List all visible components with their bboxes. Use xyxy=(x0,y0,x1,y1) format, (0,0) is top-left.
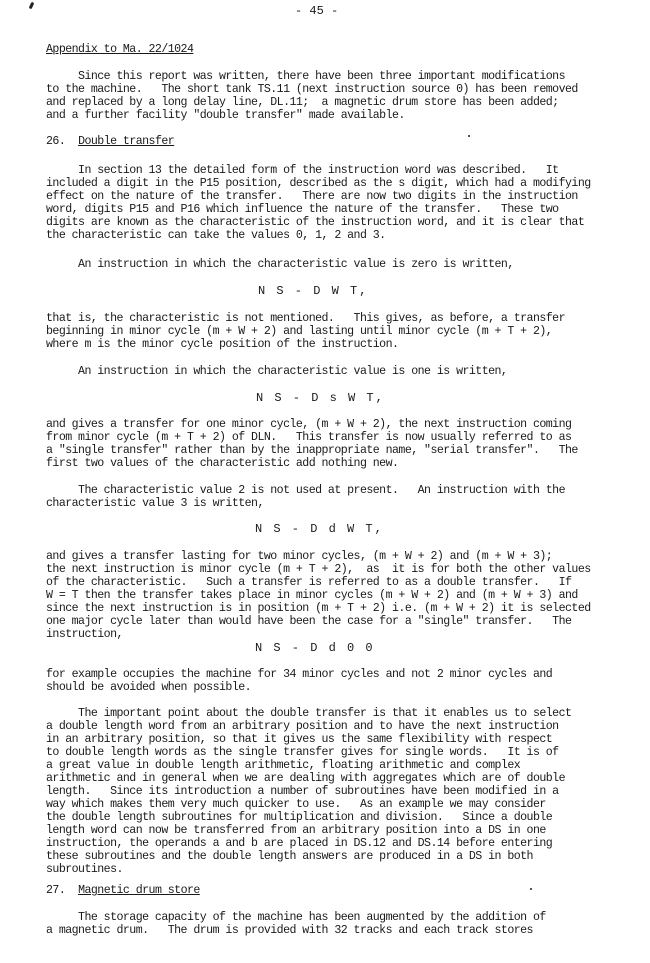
paragraph-line: length word can now be transferred from … xyxy=(46,824,546,837)
paragraph-line: a great value in double length arithmeti… xyxy=(46,759,520,772)
paragraph-line: characteristic value 3 is written, xyxy=(46,497,264,510)
paragraph-line: since the next instruction is in positio… xyxy=(46,602,591,615)
paragraph-line: for example occupies the machine for 34 … xyxy=(46,668,552,681)
paragraph-line: subroutines. xyxy=(46,863,123,876)
section-number: 27. xyxy=(46,884,65,897)
paragraph-line: length. Since its introduction a number … xyxy=(46,785,559,798)
paragraph-line: digits are known as the characteristic o… xyxy=(46,216,584,229)
paragraph-line: these subroutines and the double length … xyxy=(46,850,533,863)
paragraph-line: and gives a transfer lasting for two min… xyxy=(46,550,552,563)
paragraph-line: where m is the minor cycle position of t… xyxy=(46,338,398,351)
paragraph-line: a double length word from an arbitrary p… xyxy=(46,720,559,733)
paragraph-line: in an arbitrary position, so that it giv… xyxy=(46,733,552,746)
paragraph-line: The important point about the double tra… xyxy=(46,707,571,720)
page-number: - 45 - xyxy=(295,4,338,18)
section-title: Double transfer xyxy=(78,135,174,148)
formula: N S - D d 0 0 xyxy=(255,641,375,655)
formula: N S - D W T, xyxy=(258,284,368,298)
formula: N S - D s W T, xyxy=(256,391,385,405)
paragraph-line: should be avoided when possible. xyxy=(46,681,251,694)
paragraph-line: the double length subroutines for multip… xyxy=(46,811,552,824)
paragraph-line: and gives a transfer for one minor cycle… xyxy=(46,418,571,431)
section-title: Magnetic drum store xyxy=(78,884,200,897)
paragraph-line: instruction, xyxy=(46,628,123,641)
scan-speck xyxy=(468,135,470,137)
paragraph-line: one major cycle later than would have be… xyxy=(46,615,571,628)
document-page: - 45 - Appendix to Ma. 22/1024 Since thi… xyxy=(0,0,650,963)
paragraph-line: arithmetic and in general when we are de… xyxy=(46,772,565,785)
paragraph-line: way which makes them very much quicker t… xyxy=(46,798,546,811)
paragraph-line: instruction, the operands a and b are pl… xyxy=(46,837,552,850)
section-26-heading: 26. Double transfer xyxy=(46,135,174,148)
paragraph-line: of the characteristic. Such a transfer i… xyxy=(46,576,571,589)
paragraph-line: to double length words as the single tra… xyxy=(46,746,559,759)
formula: N S - D d W T, xyxy=(255,522,384,536)
intro-line: to the machine. The short tank TS.11 (ne… xyxy=(46,83,578,96)
section-27-heading: 27. Magnetic drum store xyxy=(46,884,200,897)
intro-line: Since this report was written, there hav… xyxy=(46,70,565,83)
paragraph-line: a "single transfer" rather than by the i… xyxy=(46,444,578,457)
intro-line: and a further facility "double transfer"… xyxy=(46,109,405,122)
scan-speck xyxy=(530,888,532,890)
paragraph-line: The storage capacity of the machine has … xyxy=(46,911,546,924)
paragraph-line: included a digit in the P15 position, de… xyxy=(46,177,591,190)
paragraph-line: from minor cycle (m + T + 2) of DLN. Thi… xyxy=(46,431,571,444)
paragraph-line: W = T then the transfer takes place in m… xyxy=(46,589,578,602)
paragraph-line: a magnetic drum. The drum is provided wi… xyxy=(46,924,533,937)
appendix-title: Appendix to Ma. 22/1024 xyxy=(46,43,193,56)
section-number: 26. xyxy=(46,135,65,148)
paragraph-line: In section 13 the detailed form of the i… xyxy=(46,164,559,177)
paragraph-line: that is, the characteristic is not menti… xyxy=(46,312,565,325)
paragraph-line: first two values of the characteristic a… xyxy=(46,457,398,470)
paragraph-line: beginning in minor cycle (m + W + 2) and… xyxy=(46,325,552,338)
paragraph-line: the next instruction is minor cycle (m +… xyxy=(46,563,591,576)
paragraph-line: An instruction in which the characterist… xyxy=(46,365,507,378)
paragraph-line: The characteristic value 2 is not used a… xyxy=(46,484,565,497)
paragraph-line: effect on the nature of the transfer. Th… xyxy=(46,190,578,203)
paragraph-line: word, digits P15 and P16 which influence… xyxy=(46,203,559,216)
paragraph-line: the characteristic can take the values 0… xyxy=(46,229,386,242)
intro-line: and replaced by a long delay line, DL.11… xyxy=(46,96,559,109)
scan-mark xyxy=(29,2,35,10)
paragraph-line: An instruction in which the characterist… xyxy=(46,258,514,271)
